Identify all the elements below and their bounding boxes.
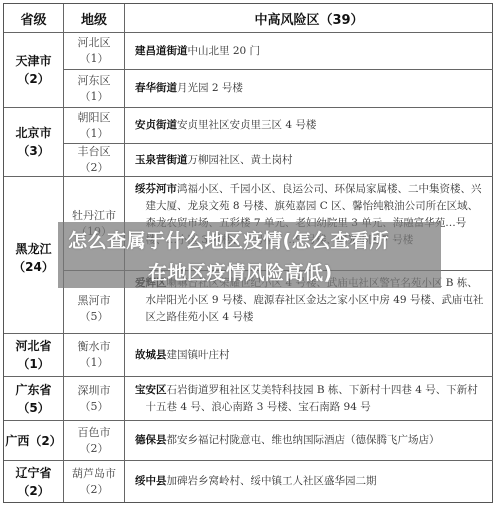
city-count: （5）	[80, 309, 109, 325]
header-areas-label: 中高风险区（39）	[254, 9, 363, 28]
province-name: 广西（2）	[5, 432, 61, 450]
area-detail: 中山北里 20 门	[188, 45, 261, 57]
province-cell-guangdong: 广东省（5）	[4, 377, 64, 421]
province-cell-heilongjiang: 黑龙江（24）	[4, 177, 64, 334]
province-count: （1）	[17, 355, 49, 373]
area-detail: 万柳园社区、黄土岗村	[188, 154, 293, 166]
area-cell: 德保县都安乡福记村陇意屯、维也纳国际酒店（德保腾飞广场店）	[125, 421, 493, 461]
overlay-title-line-2: 在地区疫情风险高低)	[148, 258, 333, 285]
area-cell: 故城县建国镇叶庄村	[125, 334, 493, 377]
area-district: 绥芬河市	[135, 183, 177, 195]
city-name: 百色市	[78, 425, 111, 441]
area-detail: 建国镇叶庄村	[167, 349, 230, 361]
area-district: 绥中县	[135, 475, 167, 487]
province-cell-guangxi: 广西（2）	[4, 421, 64, 461]
city-cell: 衡水市（1）	[64, 334, 125, 377]
city-name: 衡水市	[78, 339, 111, 355]
city-count: （2）	[80, 160, 109, 176]
city-cell: 河东区（1）	[64, 70, 125, 108]
province-cell-beijing: 北京市（3）	[4, 108, 64, 177]
city-count: （2）	[80, 441, 109, 457]
province-name: 河北省	[15, 337, 51, 355]
area-district: 德保县	[135, 434, 167, 446]
city-name: 黑河市	[78, 293, 111, 309]
province-count: （2）	[17, 482, 49, 500]
province-name: 黑龙江	[15, 240, 51, 258]
city-count: （2）	[80, 482, 109, 498]
area-district: 安贞街道	[135, 119, 177, 131]
area-detail: 都安乡福记村陇意屯、维也纳国际酒店（德保腾飞广场店）	[167, 434, 440, 446]
header-province-label: 省级	[20, 9, 46, 28]
area-cell: 宝安区石岩街道罗租社区艾美特科技园 B 栋、下新村十四巷 4 号、下新村十五巷 …	[125, 377, 493, 421]
city-name: 朝阳区	[78, 110, 111, 126]
city-count: （1）	[80, 126, 109, 142]
city-name: 葫芦岛市	[72, 466, 116, 482]
city-count: （5）	[80, 399, 109, 415]
header-province: 省级	[4, 4, 64, 33]
city-cell: 朝阳区（1）	[64, 108, 125, 144]
province-count: （3）	[17, 142, 49, 160]
city-cell: 丰台区（2）	[64, 144, 125, 177]
area-district: 玉泉营街道	[135, 154, 188, 166]
overlay-title-line-1: 怎么查属于什么地区疫情(怎么查看所	[68, 226, 389, 253]
city-count: （1）	[80, 89, 109, 105]
area-cell: 春华街道月光园 2 号楼	[125, 70, 493, 108]
header-city-label: 地级	[81, 9, 107, 28]
province-cell-hebei: 河北省（1）	[4, 334, 64, 377]
area-district: 建昌道街道	[135, 45, 188, 57]
province-name: 天津市	[15, 52, 51, 70]
city-cell: 深圳市（5）	[64, 377, 125, 421]
area-cell: 安贞街道安贞里社区安贞里三区 4 号楼	[125, 108, 493, 144]
province-count: （24）	[13, 258, 54, 276]
city-cell: 河北区（1）	[64, 33, 125, 70]
city-cell: 百色市（2）	[64, 421, 125, 461]
area-detail: 月光园 2 号楼	[177, 82, 243, 94]
header-city: 地级	[64, 4, 125, 33]
city-name: 丰台区	[78, 144, 111, 160]
city-name: 河东区	[78, 73, 111, 89]
area-district: 故城县	[135, 349, 167, 361]
area-detail: 加碑岩乡窝岭村、绥中镇工人社区盛华园二期	[167, 475, 377, 487]
province-cell-tianjin: 天津市（2）	[4, 33, 64, 108]
header-areas: 中高风险区（39）	[125, 4, 493, 33]
city-cell: 葫芦岛市（2）	[64, 461, 125, 502]
title-overlay-banner: 怎么查属于什么地区疫情(怎么查看所 在地区疫情风险高低)	[58, 222, 441, 288]
province-count: （2）	[17, 70, 49, 88]
area-district: 春华街道	[135, 82, 177, 94]
city-name: 深圳市	[78, 383, 111, 399]
area-cell: 绥中县加碑岩乡窝岭村、绥中镇工人社区盛华园二期	[125, 461, 493, 502]
city-name: 河北区	[78, 35, 111, 51]
area-cell: 建昌道街道中山北里 20 门	[125, 33, 493, 70]
city-count: （1）	[80, 51, 109, 67]
province-name: 北京市	[15, 124, 51, 142]
area-detail: 安贞里社区安贞里三区 4 号楼	[177, 119, 316, 131]
city-count: （1）	[80, 355, 109, 371]
area-cell: 玉泉营街道万柳园社区、黄土岗村	[125, 144, 493, 177]
province-count: （5）	[17, 399, 49, 417]
province-name: 辽宁省	[15, 464, 51, 482]
province-cell-liaoning: 辽宁省（2）	[4, 461, 64, 502]
area-detail: 石岩街道罗租社区艾美特科技园 B 栋、下新村十四巷 4 号、下新村十五巷 4 号…	[146, 384, 478, 413]
area-district: 宝安区	[135, 384, 167, 396]
province-name: 广东省	[15, 381, 51, 399]
